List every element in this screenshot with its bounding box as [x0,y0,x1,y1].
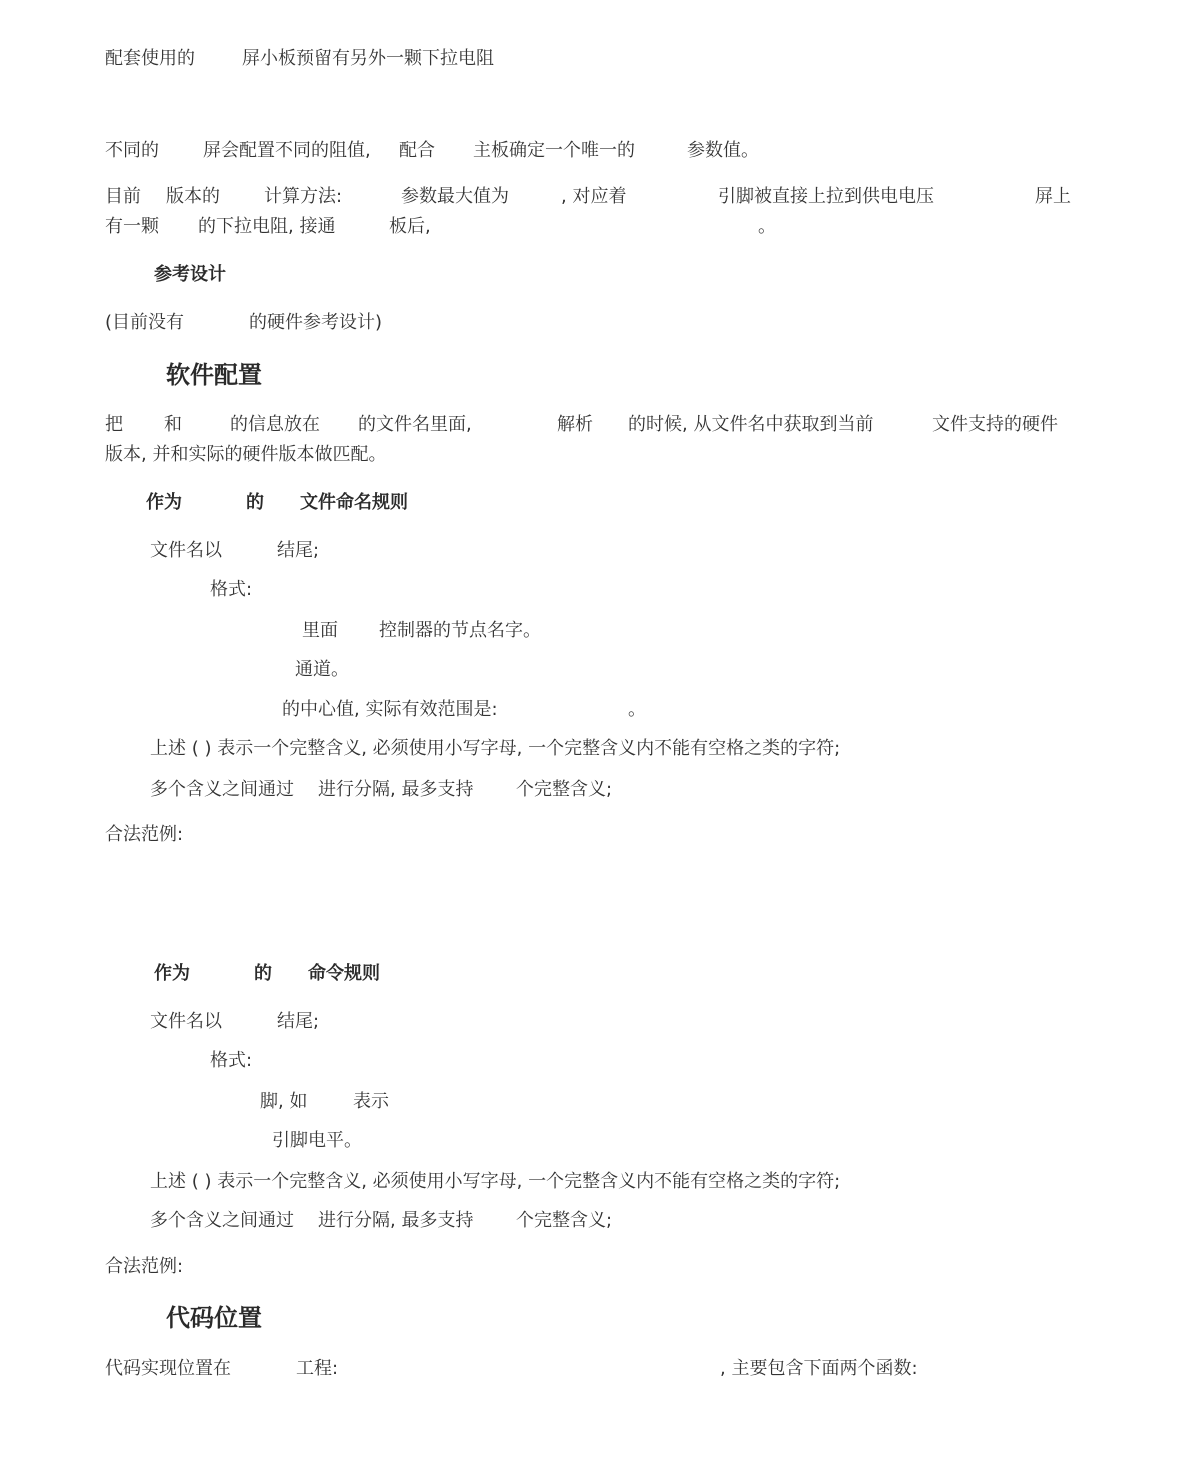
document-page: 配套使用的屏小板预留有另外一颗下拉电阻不同的屏会配置不同的阻值,配合主板确定一个… [0,0,1190,1458]
text-segment: 引脚被直接上拉到供电电压 [718,188,934,206]
text-segment: 屏小板预留有另外一颗下拉电阻 [242,50,494,68]
text-segment: 个完整含义; [516,781,612,799]
text-segment: 屏上 [1035,188,1071,206]
text-segment: 里面 [302,622,338,640]
text-segment: 。 [758,218,776,236]
text-segment: 板后, [389,218,431,236]
text-segment: 主板确定一个唯一的 [473,142,635,160]
text-segment: 格式: [210,1052,252,1070]
text-segment: 有一颗 [105,218,159,236]
text-segment: 软件配置 [166,363,262,387]
text-segment: 表示 [353,1093,389,1111]
text-segment: 工程: [296,1360,338,1378]
text-segment: (目前没有 [105,314,184,332]
text-segment: 结尾; [277,1013,319,1031]
text-segment: 结尾; [277,542,319,560]
text-segment: 合法范例: [105,1258,183,1276]
text-segment: 解析 [557,416,593,434]
text-segment: 参数值。 [687,142,759,160]
text-segment: 代码实现位置在 [105,1360,231,1378]
text-segment: 的文件名里面, [358,416,472,434]
text-segment: 版本, 并和实际的硬件版本做匹配。 [105,446,386,464]
text-segment: 参数最大值为 [401,188,509,206]
text-segment: 合法范例: [105,826,183,844]
text-segment: 控制器的节点名字。 [379,622,541,640]
text-segment: 进行分隔, 最多支持 [318,1212,473,1230]
text-segment: 文件名以 [150,542,222,560]
text-segment: 文件名以 [150,1013,222,1031]
text-segment: 多个含义之间通过 [150,781,294,799]
text-segment: 和 [164,416,182,434]
text-segment: 上述 ( ) 表示一个完整含义, 必须使用小写字母, 一个完整含义内不能有空格之… [150,740,840,758]
text-segment: 的时候, 从文件名中获取到当前 [628,416,873,434]
text-segment: 计算方法: [264,188,342,206]
text-segment: 的 [254,965,272,983]
text-segment: 代码位置 [166,1306,262,1330]
text-segment: 作为 [146,494,182,512]
text-segment: 文件支持的硬件 [932,416,1058,434]
text-segment: 的下拉电阻, 接通 [198,218,335,236]
text-segment: 作为 [154,965,190,983]
text-segment: 。 [628,701,646,719]
text-segment: 文件命名规则 [300,494,408,512]
text-segment: 的硬件参考设计) [249,314,382,332]
text-segment: 配合 [399,142,435,160]
text-segment: 目前 [105,188,141,206]
text-segment: 把 [105,416,123,434]
text-segment: 配套使用的 [105,50,195,68]
text-segment: , 对应着 [561,188,626,206]
text-segment: 命令规则 [308,965,380,983]
text-segment: 引脚电平。 [272,1132,362,1150]
text-segment: 参考设计 [154,266,226,284]
text-segment: 版本的 [166,188,220,206]
text-segment: 的信息放在 [230,416,320,434]
text-segment: , 主要包含下面两个函数: [720,1360,918,1378]
text-segment: 脚, 如 [260,1093,307,1111]
text-segment: 格式: [210,581,252,599]
text-segment: 上述 ( ) 表示一个完整含义, 必须使用小写字母, 一个完整含义内不能有空格之… [150,1173,840,1191]
text-segment: 通道。 [295,661,349,679]
text-segment: 的 [246,494,264,512]
text-segment: 不同的 [105,142,159,160]
text-segment: 屏会配置不同的阻值, [203,142,371,160]
text-segment: 进行分隔, 最多支持 [318,781,473,799]
text-segment: 的中心值, 实际有效范围是: [282,701,498,719]
text-segment: 个完整含义; [516,1212,612,1230]
text-segment: 多个含义之间通过 [150,1212,294,1230]
